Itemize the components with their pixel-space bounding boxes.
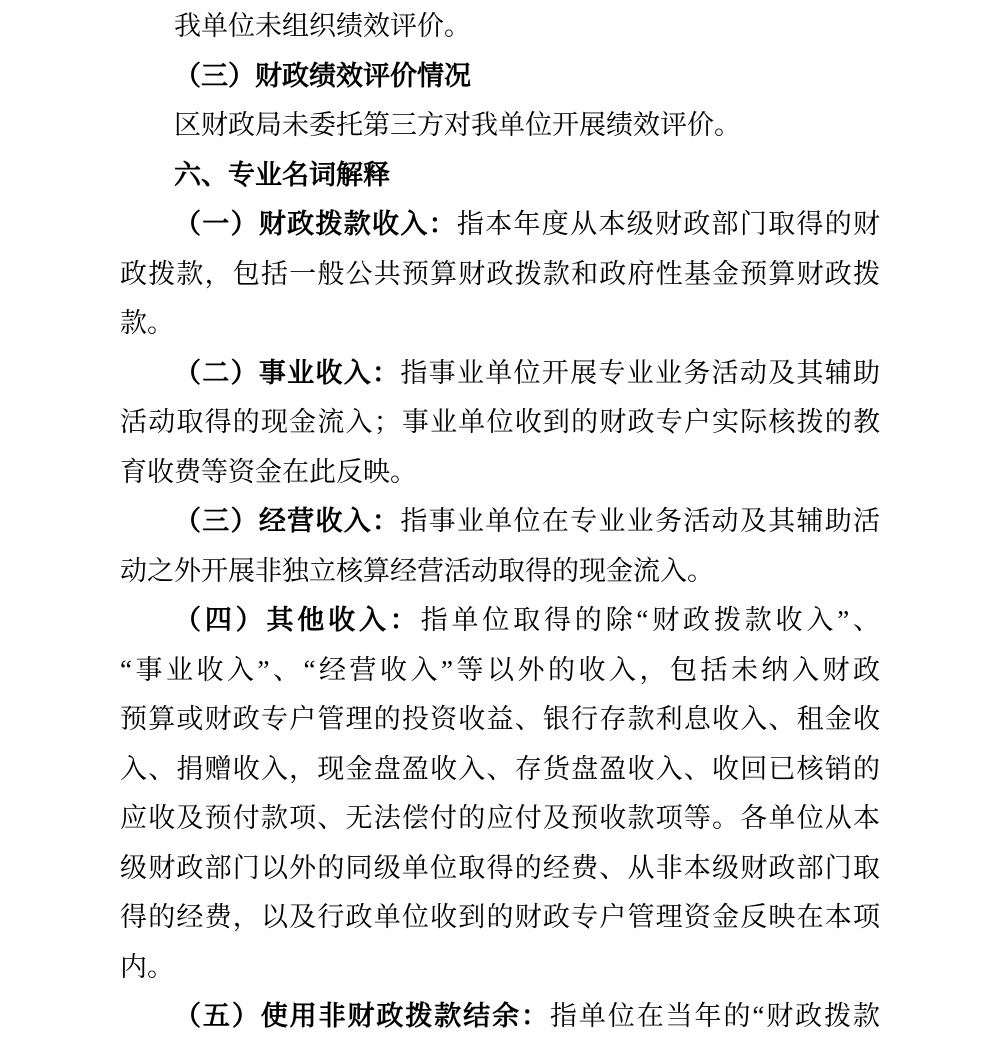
doc-line: 应收及预付款项、无法偿付的应付及预收款项等。各单位从本 [120, 794, 880, 844]
doc-line: 我单位未组织绩效评价。 [120, 2, 880, 52]
doc-line: 预算或财政专户管理的投资收益、银行存款利息收入、租金收 [120, 695, 880, 745]
line-text: 指事业单位开展专业业务活动及其辅助 [400, 358, 880, 388]
line-text: 款。 [120, 308, 174, 338]
line-text: 指事业单位在专业业务活动及其辅助活 [400, 506, 880, 536]
line-text: 应收及预付款项、无法偿付的应付及预收款项等。各单位从本 [120, 803, 880, 833]
term-definition-line: （三）经营收入：指事业单位在专业业务活动及其辅助活 [120, 497, 880, 547]
doc-line: 活动取得的现金流入；事业单位收到的财政专户实际核拨的教 [120, 398, 880, 448]
line-text: 入、捐赠收入，现金盘盈收入、存货盘盈收入、收回已核销的 [120, 754, 880, 784]
line-text: 活动取得的现金流入；事业单位收到的财政专户实际核拨的教 [120, 407, 880, 437]
line-lead-text: （三）财政绩效评价情况 [174, 61, 471, 91]
line-text: 区财政局未委托第三方对我单位开展绩效评价。 [174, 110, 741, 140]
document-page: 我单位未组织绩效评价。 （三）财政绩效评价情况 区财政局未委托第三方对我单位开展… [0, 0, 1000, 1041]
term-name: （二）事业收入： [174, 358, 400, 388]
doc-line: 级财政部门以外的同级单位取得的经费、从非本级财政部门取 [120, 844, 880, 894]
doc-line: 动之外开展非独立核算经营活动取得的现金流入。 [120, 547, 880, 597]
line-text: 我单位未组织绩效评价。 [174, 11, 471, 41]
doc-line: 款。 [120, 299, 880, 349]
term-definition-line: （五）使用非财政拨款结余：指单位在当年的“财政拨款 [120, 992, 880, 1041]
doc-line: 入、捐赠收入，现金盘盈收入、存货盘盈收入、收回已核销的 [120, 745, 880, 795]
term-name: （三）经营收入： [174, 506, 400, 536]
term-definition-line: （四）其他收入：指单位取得的除“财政拨款收入”、 [120, 596, 880, 646]
line-text: 内。 [120, 952, 174, 982]
line-text: 得的经费，以及行政单位收到的财政专户管理资金反映在本项 [120, 902, 880, 932]
section-heading: 六、专业名词解释 [120, 151, 880, 201]
line-text: 指本年度从本级财政部门取得的财 [457, 209, 880, 239]
line-text: 动之外开展非独立核算经营活动取得的现金流入。 [120, 556, 714, 586]
doc-line: 得的经费，以及行政单位收到的财政专户管理资金反映在本项 [120, 893, 880, 943]
doc-line: 育收费等资金在此反映。 [120, 448, 880, 498]
line-text: “事业收入”、“经营收入”等以外的收入，包括未纳入财政 [120, 655, 880, 685]
line-text: 政拨款，包括一般公共预算财政拨款和政府性基金预算财政拨 [120, 259, 880, 289]
doc-line: 区财政局未委托第三方对我单位开展绩效评价。 [120, 101, 880, 151]
line-text: 指单位在当年的“财政拨款 [550, 1001, 880, 1031]
doc-line: 政拨款，包括一般公共预算财政拨款和政府性基金预算财政拨 [120, 250, 880, 300]
heading-text: 六、专业名词解释 [174, 160, 390, 190]
line-text: 级财政部门以外的同级单位取得的经费、从非本级财政部门取 [120, 853, 880, 883]
doc-line: 内。 [120, 943, 880, 993]
term-definition-line: （一）财政拨款收入：指本年度从本级财政部门取得的财 [120, 200, 880, 250]
section-subheading: （三）财政绩效评价情况 [120, 52, 880, 102]
line-text: 预算或财政专户管理的投资收益、银行存款利息收入、租金收 [120, 704, 880, 734]
term-name: （四）其他收入： [174, 605, 421, 635]
line-text: 指单位取得的除“财政拨款收入”、 [421, 605, 880, 635]
term-definition-line: （二）事业收入：指事业单位开展专业业务活动及其辅助 [120, 349, 880, 399]
term-name: （一）财政拨款收入： [174, 209, 457, 239]
term-name: （五）使用非财政拨款结余： [174, 1001, 550, 1031]
line-text: 育收费等资金在此反映。 [120, 457, 417, 487]
doc-line: “事业收入”、“经营收入”等以外的收入，包括未纳入财政 [120, 646, 880, 696]
